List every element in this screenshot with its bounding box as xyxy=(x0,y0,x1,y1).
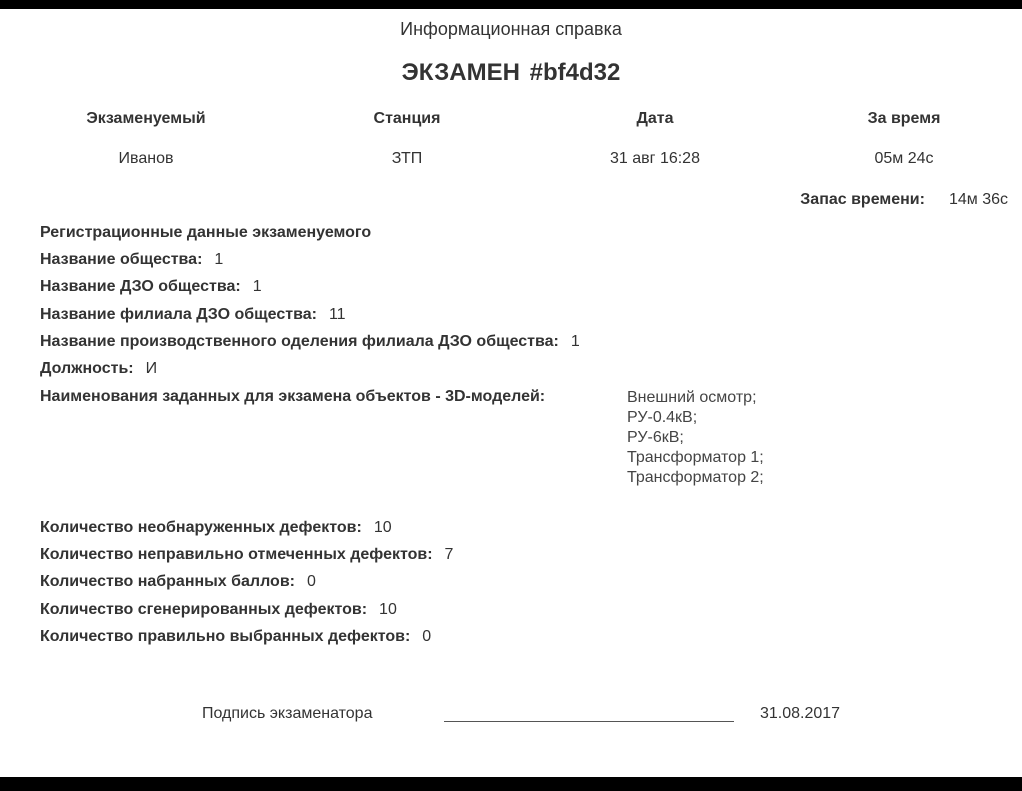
model-item: РУ-6кВ; xyxy=(627,428,764,448)
field-position: Должность:И xyxy=(40,360,157,378)
models-label: Наименования заданных для экзамена объек… xyxy=(40,388,557,406)
model-item: Трансформатор 2; xyxy=(627,468,764,488)
signature-line xyxy=(444,721,734,722)
models-list: Внешний осмотр; РУ-0.4кВ; РУ-6кВ; Трансф… xyxy=(627,388,764,488)
field-value: 11 xyxy=(329,306,346,323)
summary-heading: Экзаменуемый xyxy=(36,110,256,128)
model-item: РУ-0.4кВ; xyxy=(627,408,764,428)
time-reserve: Запас времени:14м 36с xyxy=(800,191,1008,209)
result-generated-defects: Количество сгенерированных дефектов:10 xyxy=(40,601,397,619)
result-value: 7 xyxy=(445,546,454,563)
registration-heading: Регистрационные данные экзаменуемого xyxy=(40,224,371,242)
summary-value: Иванов xyxy=(36,150,256,168)
field-label: Название производственного оделения фили… xyxy=(40,333,559,350)
field-production-division: Название производственного оделения фили… xyxy=(40,333,580,351)
summary-value: 31 авг 16:28 xyxy=(545,150,765,168)
time-reserve-value: 14м 36с xyxy=(949,191,1008,208)
result-wrongly-marked-defects: Количество неправильно отмеченных дефект… xyxy=(40,546,453,564)
result-value: 0 xyxy=(422,628,431,645)
time-reserve-label: Запас времени: xyxy=(800,191,925,208)
field-label: Название ДЗО общества: xyxy=(40,278,241,295)
result-score: Количество набранных баллов:0 xyxy=(40,573,316,591)
result-label: Количество правильно выбранных дефектов: xyxy=(40,628,410,645)
result-label: Количество неправильно отмеченных дефект… xyxy=(40,546,433,563)
examiner-signature-label: Подпись экзаменатора xyxy=(202,705,372,723)
summary-heading: Станция xyxy=(297,110,517,128)
result-value: 10 xyxy=(374,519,392,536)
result-label: Количество необнаруженных дефектов: xyxy=(40,519,362,536)
signature-date: 31.08.2017 xyxy=(760,705,840,723)
result-correct-defects: Количество правильно выбранных дефектов:… xyxy=(40,628,431,646)
field-value: И xyxy=(146,360,158,377)
model-item: Внешний осмотр; xyxy=(627,388,764,408)
field-branch: Название филиала ДЗО общества:11 xyxy=(40,306,346,324)
field-label: Название филиала ДЗО общества: xyxy=(40,306,317,323)
exam-title: ЭКЗАМЕН #bf4d32 xyxy=(0,59,1022,87)
field-value: 1 xyxy=(253,278,262,295)
summary-heading: Дата xyxy=(545,110,765,128)
document-subtitle: Информационная справка xyxy=(0,19,1022,40)
result-label: Количество набранных баллов: xyxy=(40,573,295,590)
summary-value: 05м 24с xyxy=(794,150,1014,168)
field-company: Название общества:1 xyxy=(40,251,223,269)
result-value: 10 xyxy=(379,601,397,618)
result-value: 0 xyxy=(307,573,316,590)
field-label: Название общества: xyxy=(40,251,202,268)
field-value: 1 xyxy=(571,333,580,350)
bottom-black-bar xyxy=(0,777,1022,791)
field-label: Должность: xyxy=(40,360,134,377)
summary-heading: За время xyxy=(794,110,1014,128)
field-label: Наименования заданных для экзамена объек… xyxy=(40,388,545,405)
summary-value: ЗТП xyxy=(297,150,517,168)
field-subsidiary: Название ДЗО общества:1 xyxy=(40,278,262,296)
result-undetected-defects: Количество необнаруженных дефектов:10 xyxy=(40,519,392,537)
top-black-bar xyxy=(0,0,1022,9)
model-item: Трансформатор 1; xyxy=(627,448,764,468)
result-label: Количество сгенерированных дефектов: xyxy=(40,601,367,618)
field-value: 1 xyxy=(214,251,223,268)
